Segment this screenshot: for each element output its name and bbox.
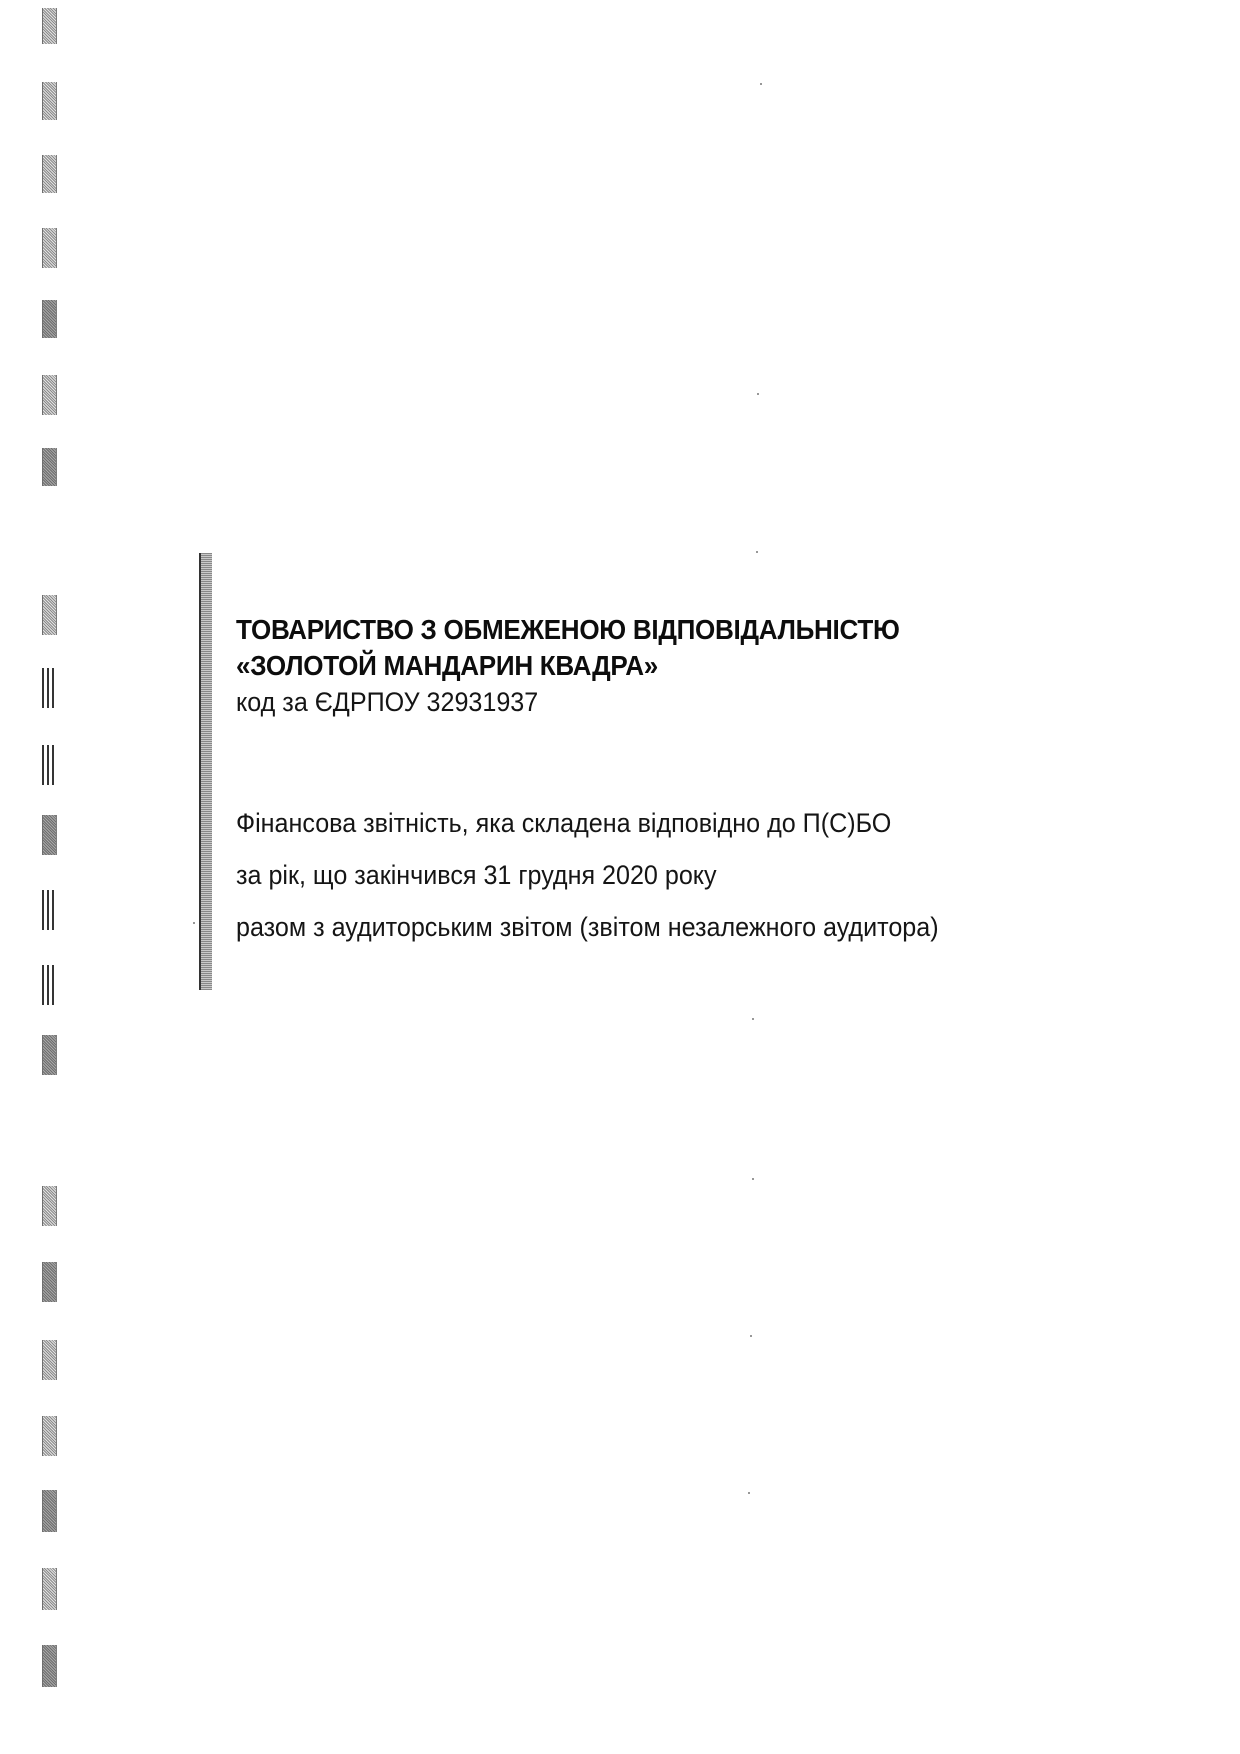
description-line: за рік, що закінчився 31 грудня 2020 рок… bbox=[236, 849, 939, 901]
scan-speck bbox=[756, 551, 758, 553]
binding-mark bbox=[42, 595, 57, 635]
binding-mark bbox=[42, 8, 57, 44]
binding-mark bbox=[42, 1568, 57, 1610]
binding-mark bbox=[42, 448, 57, 486]
description-line: разом з аудиторським звітом (звітом неза… bbox=[236, 901, 939, 953]
scan-speck bbox=[750, 1335, 752, 1337]
binding-mark bbox=[42, 82, 57, 120]
binding-mark bbox=[42, 745, 55, 785]
binding-mark bbox=[42, 815, 57, 855]
scan-speck bbox=[752, 1178, 754, 1180]
binding-mark bbox=[42, 375, 57, 415]
description-line: Фінансова звітність, яка складена відпов… bbox=[236, 797, 939, 849]
scan-speck bbox=[748, 1492, 750, 1494]
binding-mark bbox=[42, 1490, 57, 1532]
binding-marks bbox=[42, 0, 62, 1754]
scan-speck bbox=[760, 83, 762, 85]
binding-mark bbox=[42, 1186, 57, 1226]
title-block: ТОВАРИСТВО З ОБМЕЖЕНОЮ ВІДПОВІДАЛЬНІСТЮ … bbox=[236, 612, 950, 720]
company-code: код за ЄДРПОУ 32931937 bbox=[236, 684, 900, 720]
accent-bar bbox=[199, 553, 212, 990]
binding-mark bbox=[42, 965, 55, 1005]
binding-mark bbox=[42, 1035, 57, 1075]
binding-mark bbox=[42, 890, 55, 930]
binding-mark bbox=[42, 228, 57, 268]
binding-mark bbox=[42, 1645, 57, 1687]
scan-speck bbox=[752, 1018, 754, 1020]
company-name: «ЗОЛОТОЙ МАНДАРИН КВАДРА» bbox=[236, 648, 900, 684]
scan-speck bbox=[193, 922, 195, 924]
description-block: Фінансова звітність, яка складена відпов… bbox=[236, 797, 991, 953]
binding-mark bbox=[42, 300, 57, 338]
binding-mark bbox=[42, 155, 57, 193]
binding-mark bbox=[42, 1262, 57, 1302]
binding-mark bbox=[42, 1416, 57, 1456]
scan-speck bbox=[757, 393, 759, 395]
company-legal-form: ТОВАРИСТВО З ОБМЕЖЕНОЮ ВІДПОВІДАЛЬНІСТЮ bbox=[236, 612, 900, 648]
binding-mark bbox=[42, 668, 55, 708]
binding-mark bbox=[42, 1340, 57, 1380]
